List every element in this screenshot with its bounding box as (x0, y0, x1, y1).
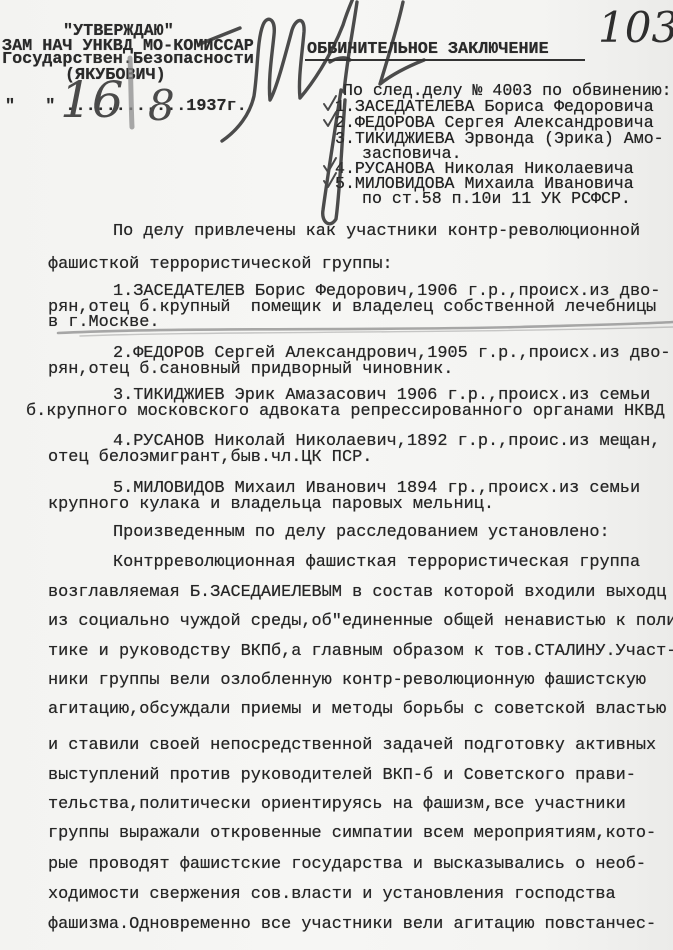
findings-line: и ставили своей непосредственной задачей… (48, 736, 656, 756)
approval-date: " " ............1937г. (5, 97, 247, 117)
findings-line: рые проводят фашистские государства и вы… (48, 855, 646, 875)
findings-line: тельства,политически ориентируясь на фаш… (48, 795, 626, 815)
approver-name: (ЯКУБОВИЧ) (65, 66, 166, 86)
findings-line: фашизма.Одновременно все участники вели … (48, 915, 656, 935)
participant-5-line: крупного кулака и владельца паровых мель… (48, 495, 494, 515)
participant-1-line: в г.Москве. (48, 313, 160, 333)
page-number-handwritten: 103 (598, 3, 673, 52)
document-page: "УТВЕРЖДАЮ" ЗАМ НАЧ УНКВД МО-КОМИССАР Го… (0, 0, 673, 950)
intro-line: фашисткой террористической группы: (48, 255, 393, 275)
findings-line: тике и руководству ВКПб,а главным образо… (48, 642, 673, 662)
findings-line: ходимости свержения сов.власти и установ… (48, 885, 616, 905)
findings-line: агитацию,обсуждали приемы и методы борьб… (48, 700, 666, 720)
findings-line: выступлений против руководителей ВКП-б и… (48, 766, 636, 786)
findings-line: Контрреволюционная фашисткая террористич… (113, 553, 640, 573)
case-article: по ст.58 п.10и 11 УК РСФСР. (362, 189, 631, 209)
findings-line: возглавляемая Б.ЗАСЕДАИЕЛЕВЫМ в состав к… (48, 583, 666, 603)
findings-line: из социально чуждой среды,об"единенные о… (48, 612, 673, 632)
participant-2-line: рян,отец б.сановный придворный чиновник. (48, 360, 453, 380)
findings-line: ники группы вели озлобленную контр-револ… (48, 671, 646, 691)
participant-3-line: б.крупного московского адвоката репресси… (26, 402, 665, 422)
title-underline (305, 59, 585, 61)
pencil-underline (80, 327, 673, 336)
document-title: ОБВИНИТЕЛЬНОЕ ЗАКЛЮЧЕНИЕ (307, 40, 549, 60)
participant-4-line: отец белоэмигрант,быв.чл.ЦК ПСР. (48, 448, 372, 468)
findings-line: группы выражали откровенные симпатии все… (48, 824, 656, 844)
findings-heading: Произведенным по делу расследованием уст… (113, 523, 610, 543)
intro-line: По делу привлечены как участники контр-р… (113, 222, 640, 242)
